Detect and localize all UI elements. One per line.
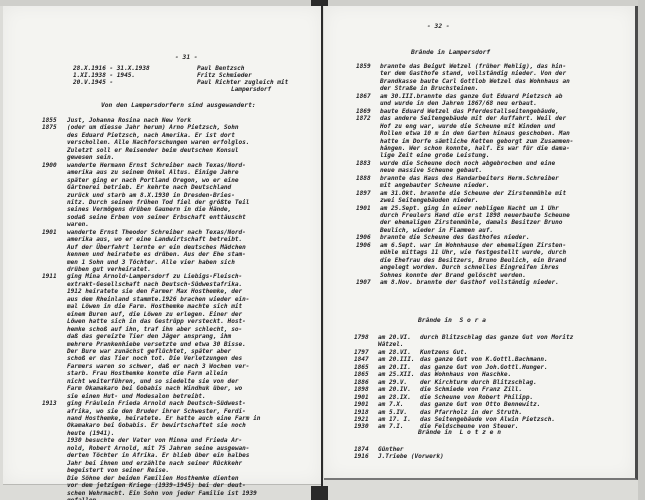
entry-text: am 30.III.brannte das ganze Gut Eduard P…	[380, 93, 562, 108]
entry-text: das andere Seitengebäude mit der Auffahr…	[380, 115, 573, 160]
fire-description: das Wohnhaus von Haschke.	[420, 371, 511, 378]
entry-text: am 6.Sept. war im Wohnhause der ehemalig…	[380, 242, 566, 279]
entry-text: wanderte Ernst Theodor Schreiber nach Te…	[67, 229, 246, 274]
entry-year: 1859	[356, 63, 371, 70]
fire-description: durch Blitzschlag das ganze Gut von Mori…	[420, 334, 573, 341]
fire-description-continued: Wätzel.	[378, 341, 404, 348]
entry-text: wanderte Hermann Ernst Schreiber nach Te…	[67, 162, 249, 229]
fire-date: am 20.IV.	[378, 386, 411, 393]
entry-text: brannte das Beigut Wetzel (früher Mehlig…	[380, 63, 570, 93]
binding-bottom-marker	[311, 486, 328, 500]
entry-year: 1901	[356, 205, 371, 212]
fire-description: die Schmiede von Franz Zill.	[420, 386, 522, 393]
book-gutter	[321, 6, 323, 486]
fire-year: 1865	[354, 364, 369, 371]
fire-year: 1797	[354, 349, 369, 356]
entry-text: am 8.Nov. brannte der Gasthof vollständi…	[380, 279, 559, 286]
entry-text: am 25.Sept. ging in einer nebligen Nacht…	[380, 205, 570, 235]
scan-right-edge	[638, 0, 645, 500]
section-title-sora: Brände in S o r a	[418, 317, 486, 324]
entry-text: brannte die Scheune des Gasthofes nieder…	[380, 234, 530, 241]
entry-text: brannte das Haus des Handarbeiters Herm.…	[380, 175, 559, 190]
page-number-left: - 31 -	[175, 54, 198, 61]
fire-description: die Scheune von Robert Philipp.	[420, 394, 533, 401]
entry-text: wurde die Scheune doch noch abgebrochen …	[380, 160, 555, 175]
fire-year: 1921	[354, 416, 369, 423]
fire-description: das ganze Gut von Otto Bennewitz.	[420, 401, 540, 408]
fire-date: am 29.V.	[378, 379, 407, 386]
fire-year: 1798	[354, 334, 369, 341]
fire-year: 1930	[354, 423, 369, 430]
section-title-emigrants: Von den Lampersdorfern sind ausgewandert…	[101, 102, 256, 109]
fire-description: das ganze Gut von Joh.Gottl.Hunger.	[420, 364, 548, 371]
fire-date: am 17. I.	[378, 416, 411, 423]
entry-text: (oder um diesse Jahr herum) Arno Pietzsc…	[67, 124, 249, 161]
fire-description: das ganze Gut von K.Gottl.Bachmann.	[420, 356, 548, 363]
left-page: - 31 - 28.X.1916 - 31.X.1938 Paul Bentzs…	[3, 6, 322, 485]
page-number-right: - 32 -	[427, 23, 450, 30]
entry-year: 1906	[356, 242, 371, 249]
fire-year: 1916	[354, 453, 369, 460]
entry-year: 1869	[356, 108, 371, 115]
entry-year: 1883	[356, 160, 371, 167]
fire-date: am 7.X.	[378, 401, 404, 408]
entry-year: 1901	[42, 229, 57, 236]
scanned-book-spread: - 31 - 28.X.1916 - 31.X.1938 Paul Bentzs…	[0, 0, 645, 500]
fire-date: am 28.VI.	[378, 349, 411, 356]
section-title-lotzen: Brände in L o t z e n	[418, 429, 501, 436]
entry-year: 1855	[42, 117, 57, 124]
fire-date: am 20.III.	[378, 356, 415, 363]
fire-description: das Pfarrholz in der Struth.	[420, 409, 522, 416]
entry-text: ging Fräulein Frieda Arnold nach Deutsch…	[67, 400, 260, 500]
section-title-lampersdorf: Brände in Lampersdorf	[411, 49, 490, 56]
fire-year: 1886	[354, 379, 369, 386]
entry-year: 1906	[356, 234, 371, 241]
fire-year: 1847	[354, 356, 369, 363]
fire-year: 1898	[354, 386, 369, 393]
entry-year: 1888	[356, 175, 371, 182]
entry-text: am 31.Okt. brannte die Scheune der Zirst…	[380, 190, 566, 205]
fire-year: 1918	[354, 409, 369, 416]
entry-year: 1872	[356, 115, 371, 122]
entry-year: 1897	[356, 190, 371, 197]
right-page: - 32 - Brände in Lampersdorf 1859brannte…	[324, 6, 638, 480]
entry-year: 1875	[42, 124, 57, 131]
holder-period: 20.V.1945 -	[73, 79, 113, 86]
fire-date: am 5.IV.	[378, 409, 407, 416]
entry-year: 1911	[42, 273, 57, 280]
entry-year: 1907	[356, 279, 371, 286]
fire-date: am 7.I.	[378, 423, 404, 430]
entry-year: 1913	[42, 400, 57, 407]
holder-name-continued: Lampersdorf	[231, 86, 271, 93]
fire-year: 1901	[354, 401, 369, 408]
fire-date: am 28.IX.	[378, 394, 411, 401]
fire-year: 1901	[354, 394, 369, 401]
fire-year: 1865	[354, 371, 369, 378]
entry-year: 1900	[42, 162, 57, 169]
fire-date: am 20.II.	[378, 364, 411, 371]
fire-year: 1874	[354, 446, 369, 453]
fire-date: am 25.XII.	[378, 371, 415, 378]
fire-description: J.Triebe (Vorwerk)	[378, 453, 444, 460]
entry-year: 1867	[356, 93, 371, 100]
entry-text: ging Mina Arnold-Lampersdorf zu Liebigs-…	[67, 273, 249, 400]
